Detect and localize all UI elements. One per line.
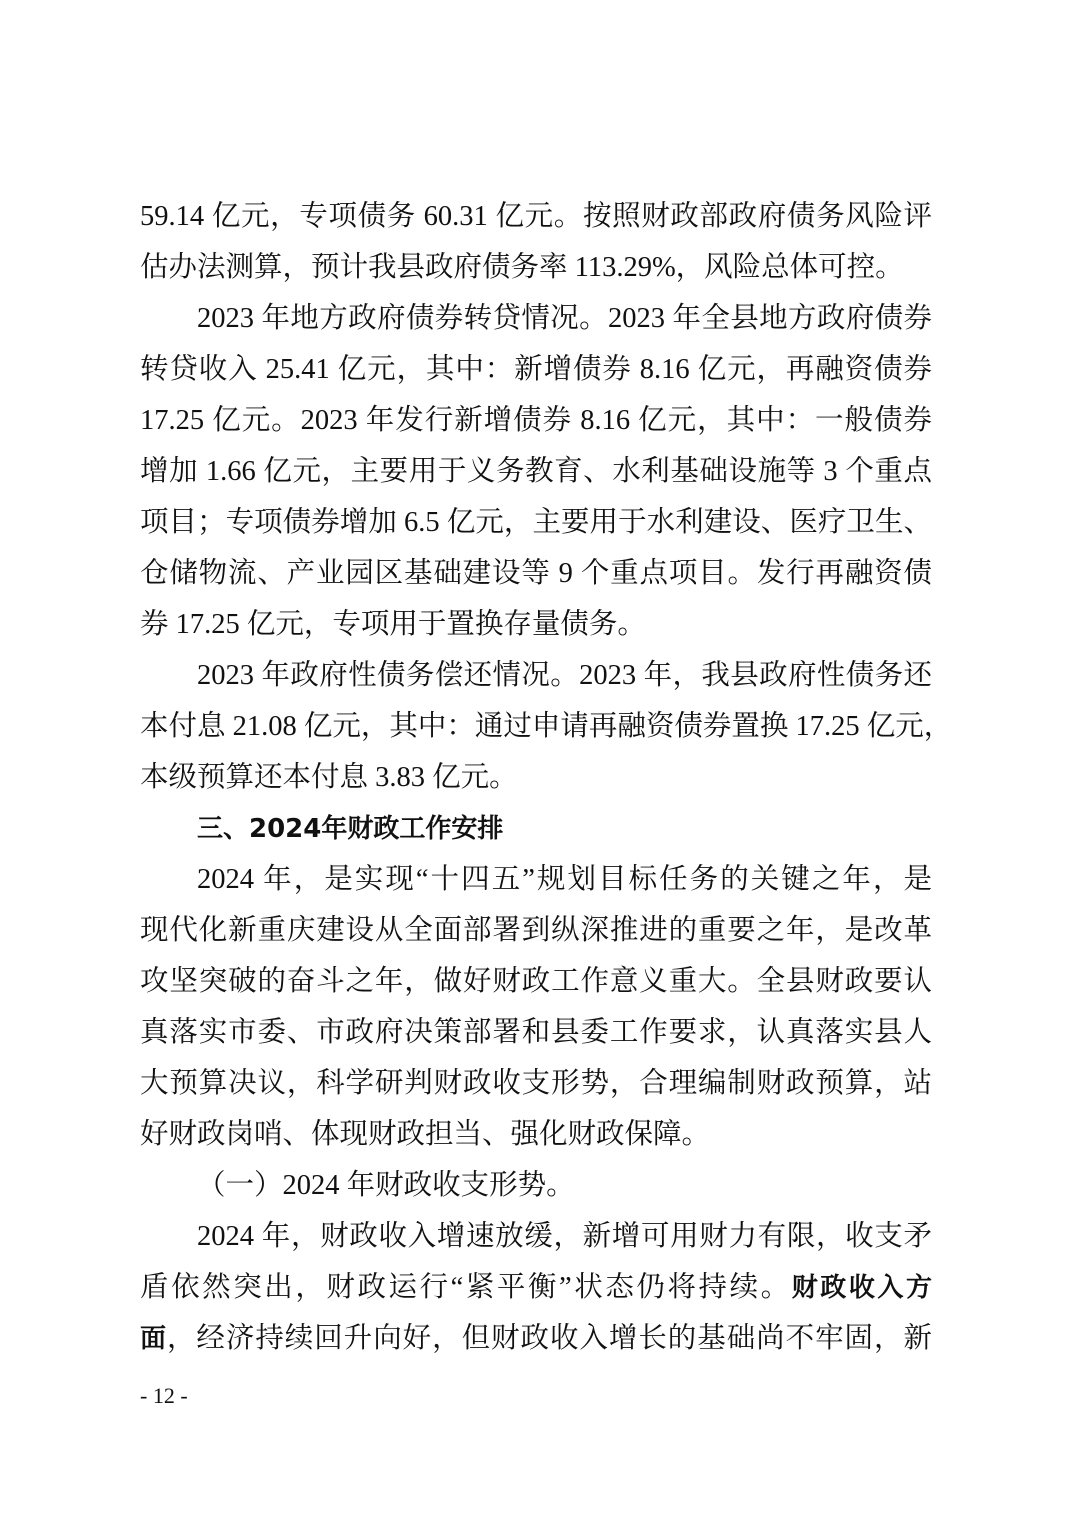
subsection-heading: （一）2024 年财政收支形势。	[197, 1166, 932, 1206]
text-line: 券 17.25 亿元，专项用于置换存量债务。	[140, 605, 932, 645]
text-line: 转贷收入 25.41 亿元，其中：新增债券 8.16 亿元，再融资债券	[140, 350, 932, 390]
text-line: 本级预算还本付息 3.83 亿元。	[140, 758, 932, 798]
text-line-mixed: 面，经济持续回升向好，但财政收入增长的基础尚不牢固，新	[140, 1319, 932, 1359]
document-page: 59.14 亿元，专项债务 60.31 亿元。按照财政部政府债务风险评 估办法测…	[0, 0, 1069, 1514]
text-line: 好财政岗哨、体现财政担当、强化财政保障。	[140, 1115, 932, 1155]
text-line: 现代化新重庆建设从全面部署到纵深推进的重要之年，是改革	[140, 911, 932, 951]
bold-text-run: 财政收入方	[792, 1273, 932, 1303]
paragraph-start: 2024 年，财政收入增速放缓，新增可用财力有限，收支矛	[197, 1217, 932, 1257]
text-run: ，经济持续回升向好，但财政收入增长的基础尚不牢固，新	[167, 1323, 932, 1354]
text-line-mixed: 盾依然突出，财政运行“紧平衡”状态仍将持续。财政收入方	[140, 1268, 932, 1308]
text-line: 本付息 21.08 亿元，其中：通过申请再融资债券置换 17.25 亿元，	[140, 707, 932, 747]
text-line: 项目；专项债券增加 6.5 亿元，主要用于水利建设、医疗卫生、	[140, 503, 932, 543]
paragraph-start: 2023 年地方政府债券转贷情况。2023 年全县地方政府债券	[197, 299, 932, 339]
section-heading: 三、2024年财政工作安排	[197, 809, 932, 849]
text-run: 盾依然突出，财政运行“紧平衡”状态仍将持续。	[140, 1272, 792, 1303]
text-line: 估办法测算，预计我县政府债务率 113.29%，风险总体可控。	[140, 248, 932, 288]
paragraph-start: 2023 年政府性债务偿还情况。2023 年，我县政府性债务还	[197, 656, 932, 696]
text-line: 攻坚突破的奋斗之年，做好财政工作意义重大。全县财政要认	[140, 962, 932, 1002]
paragraph-start: 2024 年，是实现“十四五”规划目标任务的关键之年，是	[197, 860, 932, 900]
text-line: 17.25 亿元。2023 年发行新增债券 8.16 亿元，其中：一般债券	[140, 401, 932, 441]
bold-text-run: 面	[140, 1324, 167, 1354]
text-line: 真落实市委、市政府决策部署和县委工作要求，认真落实县人	[140, 1013, 932, 1053]
text-line: 大预算决议，科学研判财政收支形势，合理编制财政预算，站	[140, 1064, 932, 1104]
text-line: 仓储物流、产业园区基础建设等 9 个重点项目。发行再融资债	[140, 554, 932, 594]
text-line: 59.14 亿元，专项债务 60.31 亿元。按照财政部政府债务风险评	[140, 197, 932, 237]
text-line: 增加 1.66 亿元，主要用于义务教育、水利基础设施等 3 个重点	[140, 452, 932, 492]
page-number: - 12 -	[140, 1381, 188, 1411]
